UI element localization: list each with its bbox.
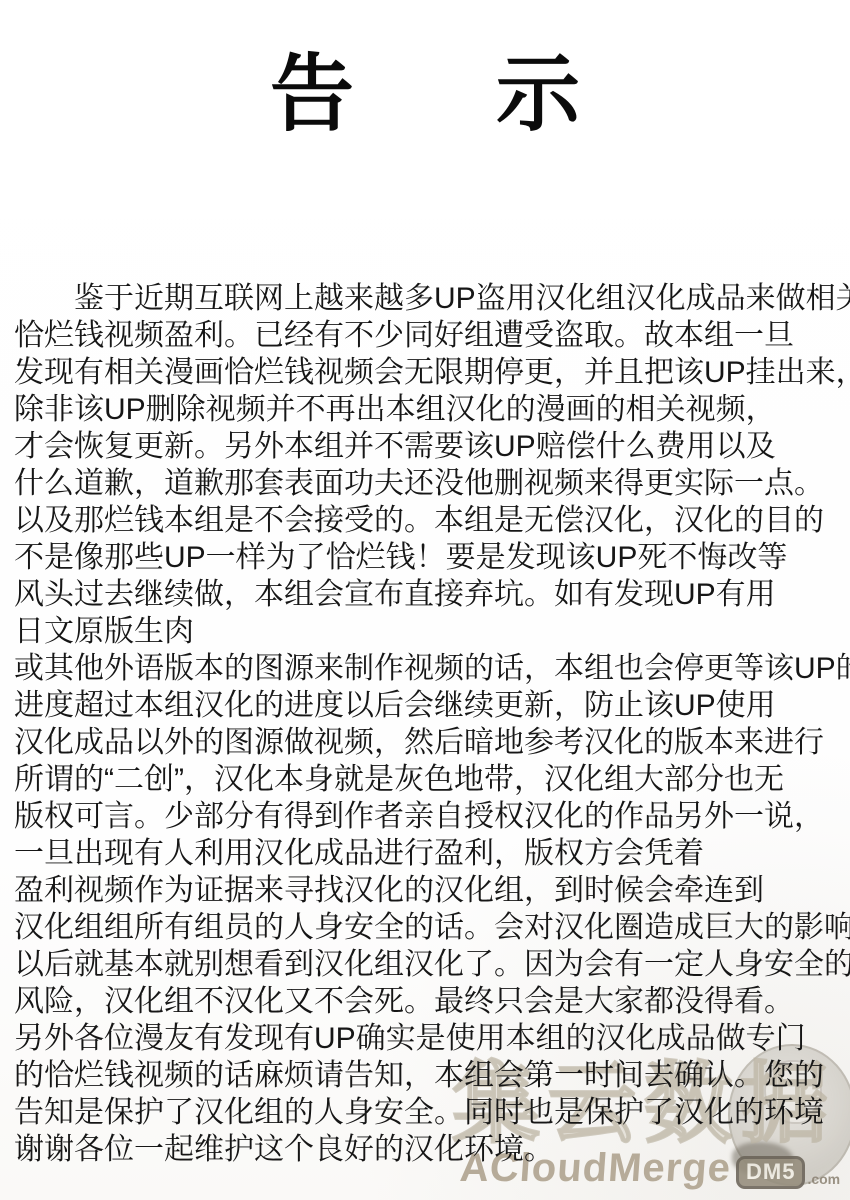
notice-line: 以后就基本就别想看到汉化组汉化了。因为会有一定人身安全的	[14, 946, 838, 983]
notice-line: 所谓的“二创”，汉化本身就是灰色地带，汉化组大部分也无	[14, 761, 838, 798]
notice-line: 版权可言。少部分有得到作者亲自授权汉化的作品另外一说，	[14, 798, 838, 835]
notice-line: 风头过去继续做，本组会宣布直接弃坑。如有发现UP有用	[14, 576, 838, 613]
notice-line: 才会恢复更新。另外本组并不需要该UP赔偿什么费用以及	[14, 428, 838, 465]
notice-line: 发现有相关漫画恰烂钱视频会无限期停更，并且把该UP挂出来，	[14, 354, 838, 391]
notice-line: 恰烂钱视频盈利。已经有不少同好组遭受盗取。故本组一旦	[14, 317, 838, 354]
notice-body: 鉴于近期互联网上越来越多UP盗用汉化组汉化成品来做相关 恰烂钱视频盈利。已经有不…	[14, 280, 838, 1168]
notice-line: 以及那烂钱本组是不会接受的。本组是无偿汉化，汉化的目的	[14, 502, 838, 539]
notice-page: 告 示 鉴于近期互联网上越来越多UP盗用汉化组汉化成品来做相关 恰烂钱视频盈利。…	[0, 0, 850, 1200]
notice-line: 不是像那些UP一样为了恰烂钱！要是发现该UP死不悔改等	[14, 539, 838, 576]
dm5-logo: DM5 .com	[736, 1156, 840, 1189]
notice-line: 告知是保护了汉化组的人身安全。同时也是保护了汉化的环境	[14, 1094, 838, 1131]
notice-line: 什么道歉，道歉那套表面功夫还没他删视频来得更实际一点。	[14, 465, 838, 502]
page-title: 告 示	[0, 52, 850, 136]
notice-line: 日文原版生肉	[14, 613, 838, 650]
notice-line: 盈利视频作为证据来寻找汉化的汉化组，到时候会牵连到	[14, 872, 838, 909]
notice-line: 风险，汉化组不汉化又不会死。最终只会是大家都没得看。	[14, 983, 838, 1020]
notice-line: 除非该UP删除视频并不再出本组汉化的漫画的相关视频，	[14, 391, 838, 428]
notice-line: 的恰烂钱视频的话麻烦请告知，本组会第一时间去确认。您的	[14, 1057, 838, 1094]
notice-line: 汉化成品以外的图源做视频，然后暗地参考汉化的版本来进行	[14, 724, 838, 761]
title-char-2: 示	[496, 52, 580, 136]
title-char-1: 告	[270, 52, 354, 136]
dm5-logo-box: DM5	[736, 1156, 805, 1189]
notice-line: 谢谢各位一起维护这个良好的汉化环境。	[14, 1131, 838, 1168]
notice-line: 鉴于近期互联网上越来越多UP盗用汉化组汉化成品来做相关	[14, 280, 838, 317]
dm5-logo-com-suffix: .com	[807, 1171, 840, 1189]
notice-line: 或其他外语版本的图源来制作视频的话，本组也会停更等该UP的	[14, 650, 838, 687]
notice-line: 汉化组组所有组员的人身安全的话。会对汉化圈造成巨大的影响，	[14, 909, 838, 946]
notice-line: 另外各位漫友有发现有UP确实是使用本组的汉化成品做专门	[14, 1020, 838, 1057]
notice-line: 一旦出现有人利用汉化成品进行盈利，版权方会凭着	[14, 835, 838, 872]
notice-line: 进度超过本组汉化的进度以后会继续更新，防止该UP使用	[14, 687, 838, 724]
